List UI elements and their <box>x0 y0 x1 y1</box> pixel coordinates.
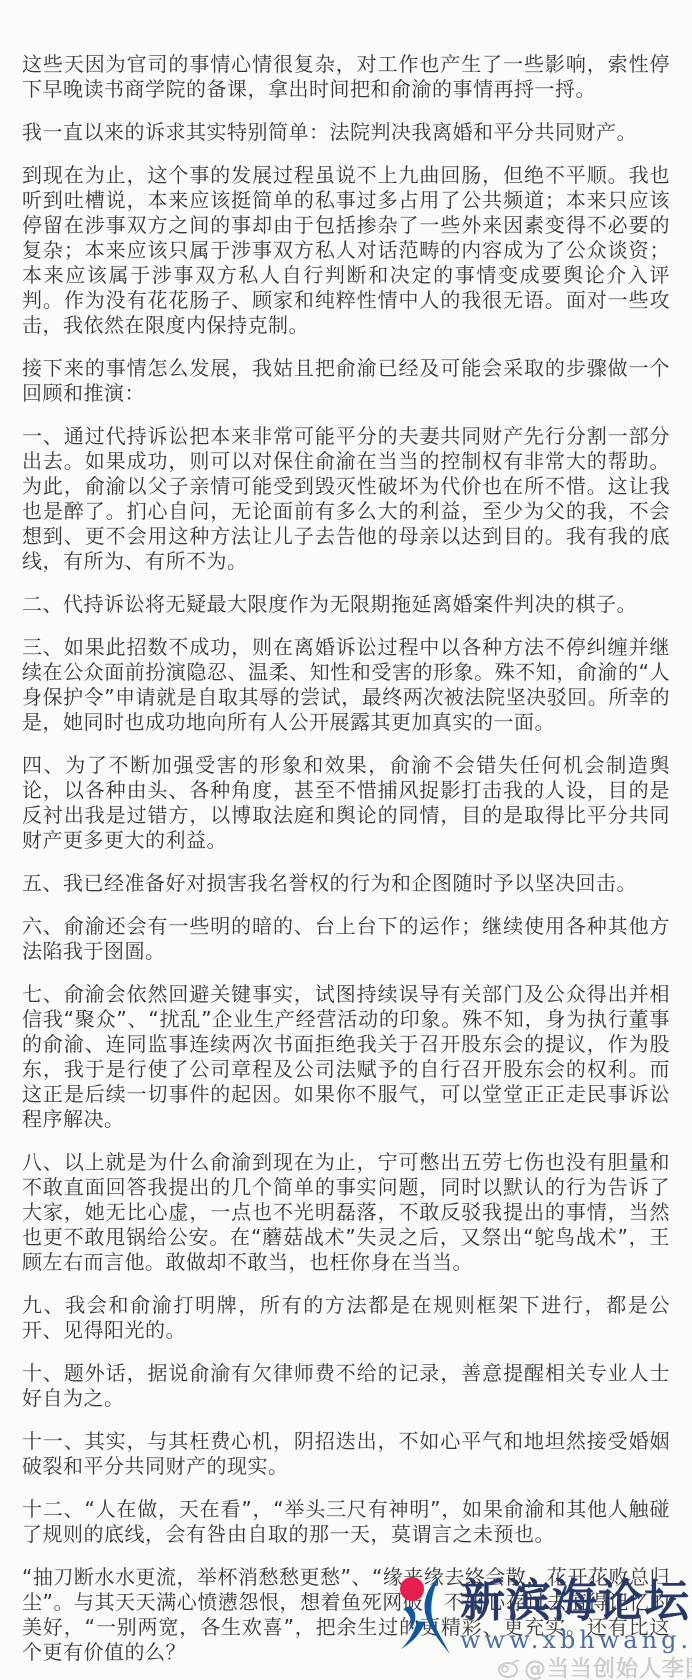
forum-site-name: 新滨海论坛 <box>460 1576 692 1626</box>
paragraph-point-7: 七、俞渝会依然回避关键事实，试图持续误导有关部门及公众得出并相信我“聚众”、“扰… <box>22 982 670 1132</box>
paragraph-point-4: 四、为了不断加强受害的形象和效果，俞渝不会错失任何机会制造舆论，以各种由头、各种… <box>22 753 670 853</box>
paragraph-intro-3: 到现在为止，这个事的发展过程虽说不上九曲回肠，但绝不平顺。我也听到吐槽说，本来应… <box>22 163 670 338</box>
forum-watermark-text: 新滨海论坛 www.xbhwang.com <box>460 1576 692 1653</box>
person-swoosh-logo-icon <box>394 1576 456 1658</box>
paragraph-intro-4: 接下来的事情怎么发展，我姑且把俞渝已经及可能会采取的步骤做一个回顾和推演： <box>22 356 670 406</box>
paragraph-point-9: 九、我会和俞渝打明牌，所有的方法都是在规则框架下进行，都是公开、见得阳光的。 <box>22 1293 670 1343</box>
paragraph-point-10: 十、题外话，据说俞渝有欠律师费不给的记录，善意提醒相关专业人士好自为之。 <box>22 1361 670 1411</box>
paragraph-point-12: 十二、“人在做，天在看”，“举头三尺有神明”，如果俞渝和其他人触碰了规则的底线，… <box>22 1497 670 1547</box>
forum-watermark: 新滨海论坛 www.xbhwang.com <box>394 1576 692 1658</box>
statement-text: 这些天因为官司的事情心情很复杂，对工作也产生了一些影响，索性停下早晚读书商学院的… <box>0 0 692 1680</box>
weibo-credit-watermark: @当当创始人李国庆 <box>496 1652 692 1680</box>
paragraph-point-1: 一、通过代持诉讼把本来非常可能平分的夫妻共同财产先行分割一部分出去。如果成功，则… <box>22 424 670 574</box>
weibo-icon <box>496 1656 520 1680</box>
paragraph-point-11: 十一、其实，与其枉费心机，阴招迭出，不如心平气和地坦然接受婚姻破裂和平分共同财产… <box>22 1429 670 1479</box>
paragraph-point-8: 八、以上就是为什么俞渝到现在为止，宁可憋出五劳七伤也没有胆量和不敢直面回答我提出… <box>22 1150 670 1275</box>
paragraph-point-2: 二、代持诉讼将无疑最大限度作为无限期拖延离婚案件判决的棋子。 <box>22 592 670 617</box>
paragraph-point-3: 三、如果此招数不成功，则在离婚诉讼过程中以各种方法不停纠缠并继续在公众面前扮演隐… <box>22 635 670 735</box>
weibo-credit-text: @当当创始人李国庆 <box>524 1652 692 1680</box>
paragraph-point-5: 五、我已经准备好对损害我名誉权的行为和企图随时予以坚决回击。 <box>22 871 670 896</box>
paragraph-intro-2: 我一直以来的诉求其实特别简单：法院判决我离婚和平分共同财产。 <box>22 120 670 145</box>
forum-site-url: www.xbhwang.com <box>460 1627 692 1653</box>
paragraph-point-6: 六、俞渝还会有一些明的暗的、台上台下的运作；继续使用各种其他方法陷我于囹圄。 <box>22 914 670 964</box>
paragraph-intro-1: 这些天因为官司的事情心情很复杂，对工作也产生了一些影响，索性停下早晚读书商学院的… <box>22 52 670 102</box>
